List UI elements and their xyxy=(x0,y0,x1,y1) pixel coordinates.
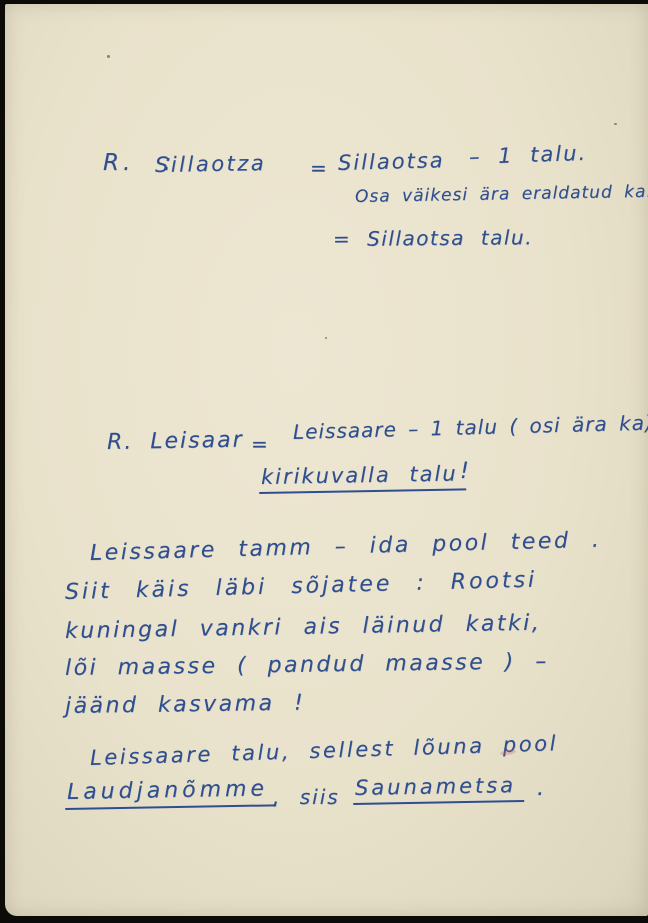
note-s3-line5: jäänd kasvama ! xyxy=(65,691,306,719)
note-s2-prefix: R. Leisaar xyxy=(107,428,244,455)
note-s4-underlined-saunametsa: Saunametsa xyxy=(353,773,525,805)
paper-speck xyxy=(614,123,617,125)
note-s1-name-standard: Sillaotsa xyxy=(338,148,445,175)
note-s4-underlined-laudjanomme: Laudjanõmme xyxy=(65,776,277,810)
note-s2-underlined-phrase: kirikuvalla talu xyxy=(259,461,466,494)
note-s3-line2: Siit käis läbi sõjatee : Rootsi xyxy=(65,568,538,605)
note-s1-equals: = xyxy=(310,156,329,180)
note-s1-line3: = Sillaotsa talu. xyxy=(333,225,533,251)
note-s4-period: . xyxy=(537,776,546,801)
note-s3-line3: kuningal vankri ais läinud katki, xyxy=(65,611,542,644)
paper-speck xyxy=(107,55,110,58)
note-s2-exclamation: ! xyxy=(460,459,471,484)
note-s1-tail: – 1 talu. xyxy=(469,141,588,169)
note-s4-line1: Leissaare talu, sellest lõuna pool xyxy=(90,731,559,770)
note-s1-name-variant: Sillaotza xyxy=(155,151,267,177)
note-s4-mid: , siis xyxy=(273,785,340,809)
note-s2-rest: Leissaare – 1 talu ( osi ära ka) xyxy=(293,411,648,444)
scanned-paper-page: R. : Sillaotza = Sillaotsa – 1 talu. Osa… xyxy=(5,4,648,916)
note-s2-equals: = xyxy=(251,432,270,456)
note-s3-line1: Leissaare tamm – ida pool teed . xyxy=(90,528,602,566)
paper-speck xyxy=(325,337,327,339)
note-s1-line2: Osa väikesi ära eraldatud ka. xyxy=(355,182,648,207)
note-s3-line4: lõi maasse ( pandud maasse ) – xyxy=(65,649,549,681)
